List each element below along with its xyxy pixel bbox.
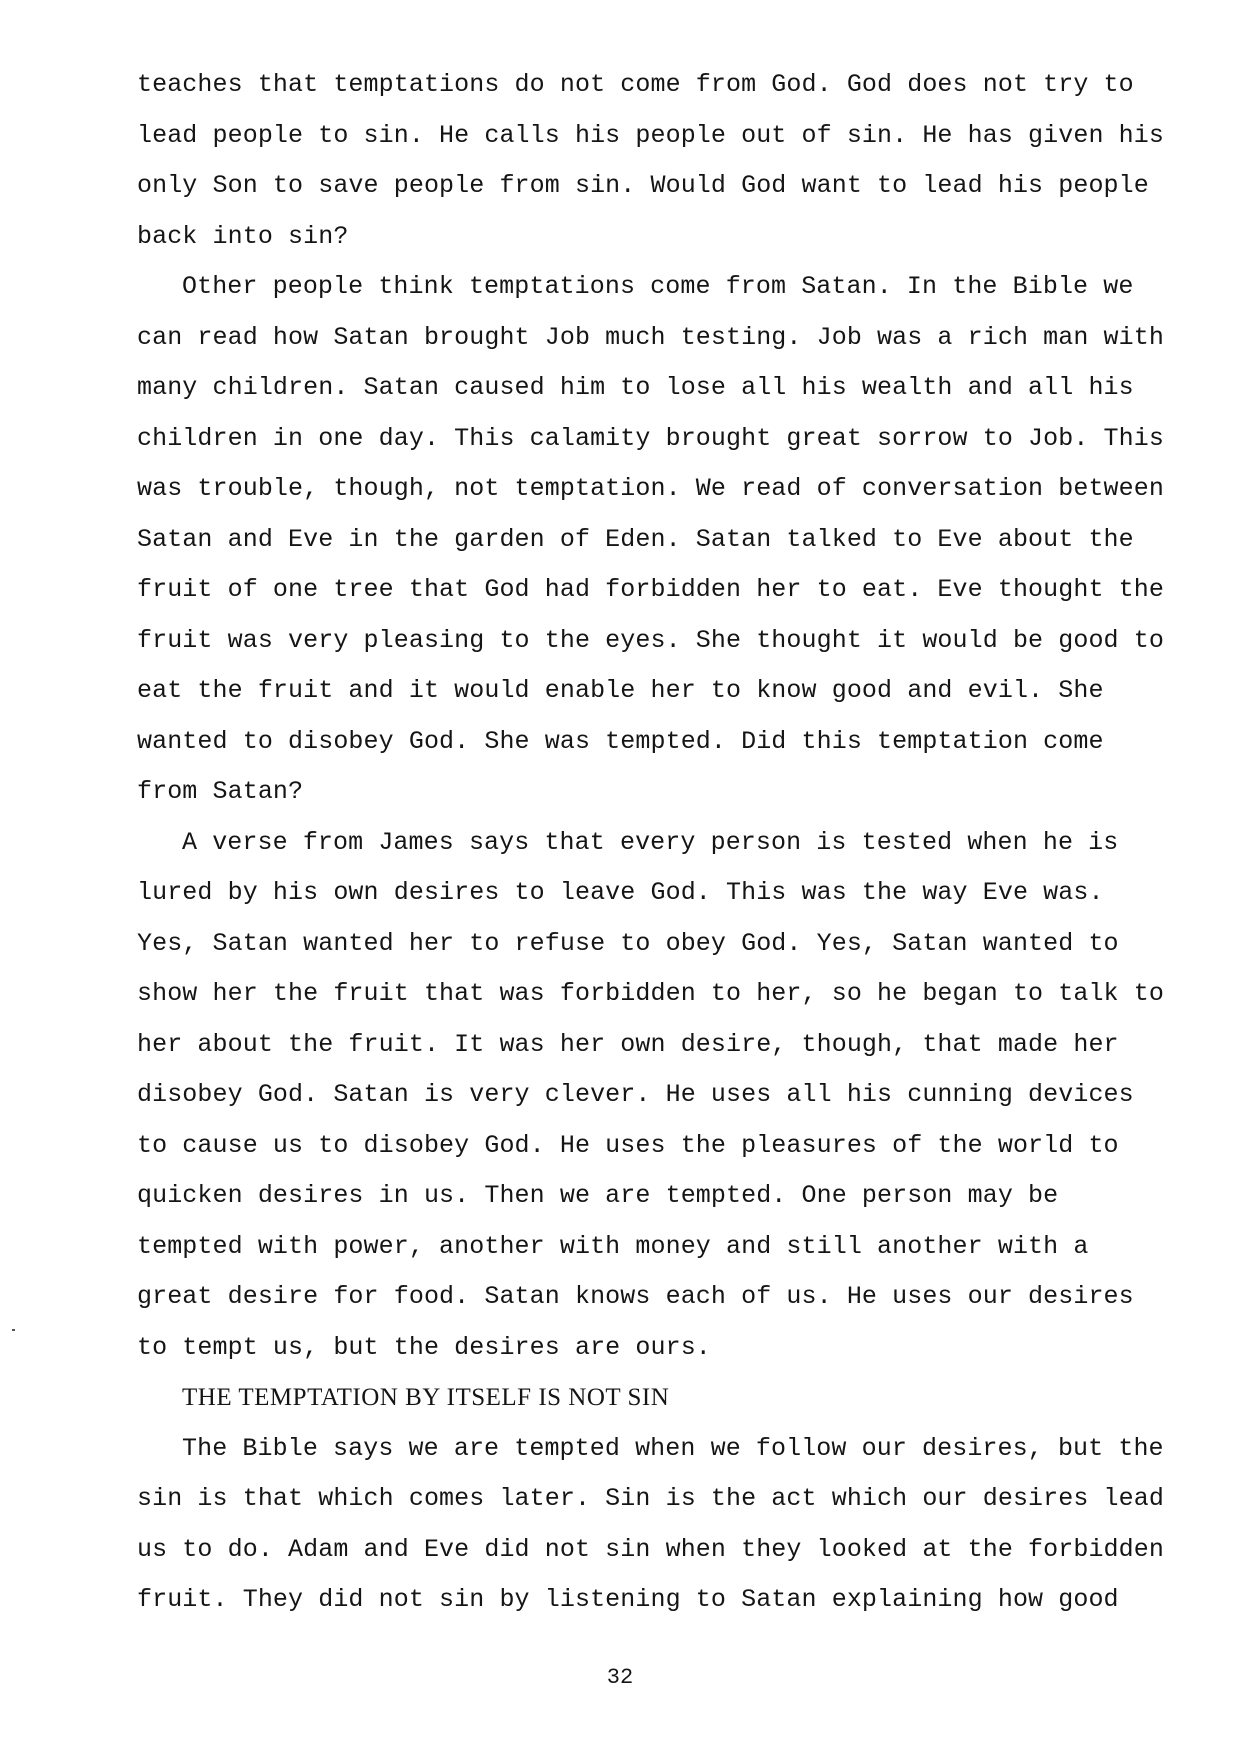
text-line: eat the fruit and it would enable her to…: [137, 666, 1197, 717]
text-line: was trouble, though, not temptation. We …: [137, 464, 1197, 515]
text-line: teaches that temptations do not come fro…: [137, 60, 1197, 111]
text-line: fruit was very pleasing to the eyes. She…: [137, 616, 1197, 667]
text-line: fruit of one tree that God had forbidden…: [137, 565, 1197, 616]
text-line: lured by his own desires to leave God. T…: [137, 868, 1197, 919]
text-line: Yes, Satan wanted her to refuse to obey …: [137, 919, 1197, 970]
text-line: lead people to sin. He calls his people …: [137, 111, 1197, 162]
text-line: quicken desires in us. Then we are tempt…: [137, 1171, 1197, 1222]
text-line: us to do. Adam and Eve did not sin when …: [137, 1525, 1197, 1576]
text-line: fruit. They did not sin by listening to …: [137, 1575, 1197, 1626]
text-line: Satan and Eve in the garden of Eden. Sat…: [137, 515, 1197, 566]
text-line: back into sin?: [137, 212, 1197, 263]
text-line: great desire for food. Satan knows each …: [137, 1272, 1197, 1323]
text-line: can read how Satan brought Job much test…: [137, 313, 1197, 364]
text-line: from Satan?: [137, 767, 1197, 818]
text-line: only Son to save people from sin. Would …: [137, 161, 1197, 212]
text-line: her about the fruit. It was her own desi…: [137, 1020, 1197, 1071]
text-line: wanted to disobey God. She was tempted. …: [137, 717, 1197, 768]
text-line: tempted with power, another with money a…: [137, 1222, 1197, 1273]
document-page: teaches that temptations do not come fro…: [0, 0, 1240, 1753]
text-line: disobey God. Satan is very clever. He us…: [137, 1070, 1197, 1121]
text-line: children in one day. This calamity broug…: [137, 414, 1197, 465]
page-number: 32: [0, 1665, 1240, 1690]
margin-speck: [12, 1329, 15, 1331]
text-line: sin is that which comes later. Sin is th…: [137, 1474, 1197, 1525]
paragraph-start-line: The Bible says we are tempted when we fo…: [137, 1424, 1197, 1475]
text-line: to cause us to disobey God. He uses the …: [137, 1121, 1197, 1172]
body-text: teaches that temptations do not come fro…: [137, 60, 1197, 1626]
paragraph-start-line: Other people think temptations come from…: [137, 262, 1197, 313]
text-line: many children. Satan caused him to lose …: [137, 363, 1197, 414]
section-heading: THE TEMPTATION BY ITSELF IS NOT SIN: [137, 1373, 1197, 1424]
text-line: to tempt us, but the desires are ours.: [137, 1323, 1197, 1374]
paragraph-start-line: A verse from James says that every perso…: [137, 818, 1197, 869]
text-line: show her the fruit that was forbidden to…: [137, 969, 1197, 1020]
